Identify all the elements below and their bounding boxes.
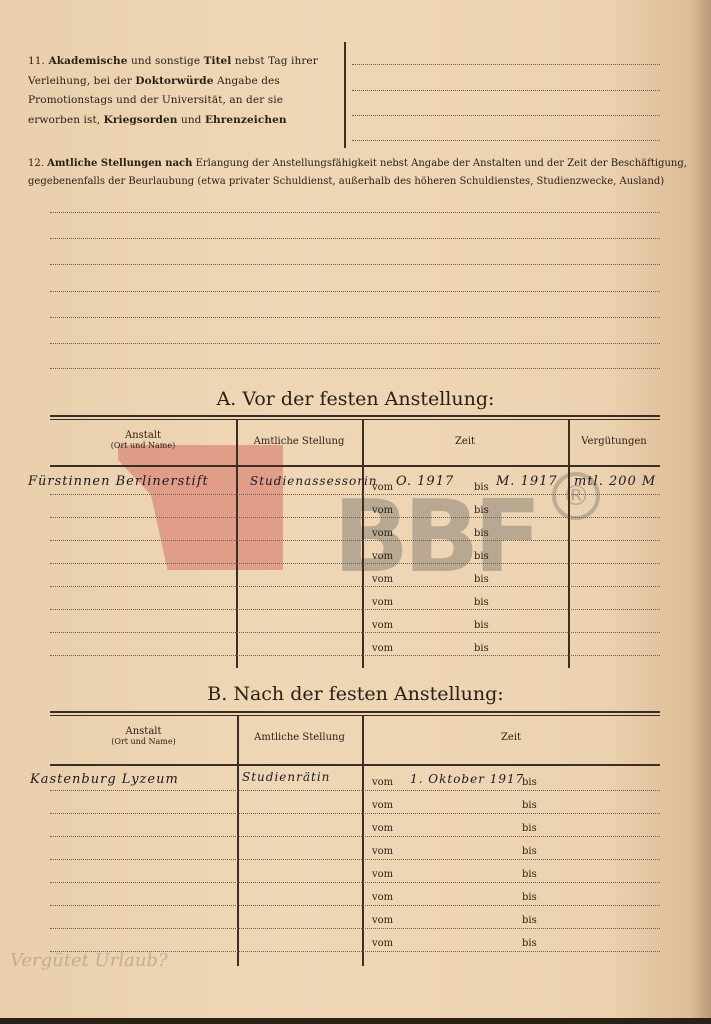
table-b-header-anstalt: Anstalt (Ort und Name) (50, 726, 237, 746)
bis-label: bis (522, 892, 537, 903)
table-a-header-anstalt: Anstalt (Ort und Name) (50, 430, 236, 450)
section-number: 11. (28, 55, 45, 67)
bis-label: bis (522, 846, 537, 857)
header-label: Anstalt (126, 726, 162, 737)
term-titel: Titel (204, 55, 232, 67)
vom-label: vom (372, 620, 393, 631)
vom-label: vom (372, 505, 393, 516)
header-sublabel: (Ort und Name) (50, 737, 237, 746)
table-b-header-rule (50, 764, 660, 766)
table-a-row-line[interactable] (50, 632, 660, 633)
vom-label: vom (372, 823, 393, 834)
bis-label: bis (474, 528, 489, 539)
section-12-line-3[interactable] (50, 264, 660, 265)
vom-label: vom (372, 597, 393, 608)
table-a-row-line[interactable] (50, 494, 660, 495)
bis-label: bis (522, 869, 537, 880)
table-a-header-stellung: Amtliche Stellung (236, 436, 362, 447)
term-doktorwuerde: Doktorwürde (135, 75, 213, 87)
bis-label: bis (474, 574, 489, 585)
section-12-line-7[interactable] (50, 368, 660, 369)
table-b-row1-stellung[interactable]: Studienrätin (242, 770, 360, 784)
bis-label: bis (522, 915, 537, 926)
text: und (178, 114, 205, 126)
bis-label: bis (474, 597, 489, 608)
table-b-row-line[interactable] (50, 928, 660, 929)
section-12-line-4[interactable] (50, 291, 660, 292)
header-sublabel: (Ort und Name) (50, 441, 236, 450)
bis-label: bis (522, 823, 537, 834)
table-a-header-rule (50, 465, 660, 467)
section-11-line-1[interactable] (352, 64, 660, 65)
table-a-header-zeit: Zeit (362, 436, 568, 447)
table-a-top-rule (50, 415, 660, 417)
table-a-col-divider (236, 420, 238, 668)
table-a-header-verguetungen: Vergütungen (568, 436, 660, 447)
table-a-row1-stellung[interactable]: Studienassessorin (250, 474, 370, 488)
table-b-row-line[interactable] (50, 790, 660, 791)
bis-label: bis (474, 505, 489, 516)
table-a-row-line[interactable] (50, 609, 660, 610)
vom-label: vom (372, 892, 393, 903)
table-b-row-line[interactable] (50, 882, 660, 883)
table-b-top-rule (50, 711, 660, 713)
table-b-header-stellung: Amtliche Stellung (237, 732, 362, 743)
table-a-col-divider (362, 420, 364, 668)
vom-label: vom (372, 551, 393, 562)
vom-label: vom (372, 528, 393, 539)
bis-label: bis (522, 777, 537, 788)
section-11-divider (344, 42, 346, 148)
table-a-col-divider (568, 420, 570, 668)
term-amtliche-stellungen: Amtliche Stellungen nach (47, 158, 192, 169)
vom-label: vom (372, 938, 393, 949)
bis-label: bis (522, 938, 537, 949)
term-ehrenzeichen: Ehrenzeichen (205, 114, 287, 126)
section-12-line-6[interactable] (50, 343, 660, 344)
table-a-row-line[interactable] (50, 586, 660, 587)
bis-label: bis (474, 643, 489, 654)
table-b-title: B. Nach der festen Anstellung: (0, 683, 711, 705)
pencil-annotation: Vergütet Urlaub? (10, 950, 168, 971)
section-12-line-2[interactable] (50, 238, 660, 239)
vom-label: vom (372, 869, 393, 880)
vom-label: vom (372, 643, 393, 654)
table-b-header-zeit: Zeit (362, 732, 660, 743)
section-11-line-2[interactable] (352, 90, 660, 91)
vom-label: vom (372, 482, 393, 493)
table-b-row1-anstalt[interactable]: Kastenburg Lyzeum (30, 772, 230, 787)
bis-label: bis (474, 620, 489, 631)
table-a-row1-bis[interactable]: M. 1917 (496, 474, 558, 489)
section-11-label: 11. Akademische und sonstige Titel nebst… (28, 52, 333, 130)
table-b-row-line[interactable] (50, 836, 660, 837)
header-label: Anstalt (125, 430, 161, 441)
table-b-row1-vom[interactable]: 1. Oktober 1917 (410, 772, 524, 786)
table-b-row-line[interactable] (50, 813, 660, 814)
bis-label: bis (474, 551, 489, 562)
table-a-row-line[interactable] (50, 563, 660, 564)
term-akademische: Akademische (48, 55, 127, 67)
table-a-row1-anstalt[interactable]: Fürstinnen Berlinerstift (28, 474, 238, 489)
table-b-row-line[interactable] (50, 859, 660, 860)
term-kriegsorden: Kriegsorden (104, 114, 178, 126)
text: und sonstige (128, 55, 204, 67)
bis-label: bis (522, 800, 537, 811)
table-b-top-rule-thin (50, 715, 660, 716)
table-b-row-line[interactable] (50, 905, 660, 906)
section-11-line-4[interactable] (352, 140, 660, 141)
table-a-row-line[interactable] (50, 540, 660, 541)
page-bottom-edge (0, 1018, 711, 1024)
table-a-title: A. Vor der festen Anstellung: (0, 388, 711, 410)
table-a-row-line[interactable] (50, 655, 660, 656)
section-11-line-3[interactable] (352, 115, 660, 116)
table-a-row-line[interactable] (50, 517, 660, 518)
vom-label: vom (372, 846, 393, 857)
vom-label: vom (372, 777, 393, 788)
bis-label: bis (474, 482, 489, 493)
section-12-line-5[interactable] (50, 317, 660, 318)
table-a-row1-vom[interactable]: O. 1917 (396, 474, 454, 489)
vom-label: vom (372, 574, 393, 585)
section-12-label: 12. Amtliche Stellungen nach Erlangung d… (28, 155, 688, 191)
table-a-row1-verguetung[interactable]: mtl. 200 M (574, 474, 656, 489)
vom-label: vom (372, 800, 393, 811)
watermark-logo-shape (118, 445, 283, 570)
section-number: 12. (28, 158, 44, 169)
section-12-line-1[interactable] (50, 212, 660, 213)
vom-label: vom (372, 915, 393, 926)
